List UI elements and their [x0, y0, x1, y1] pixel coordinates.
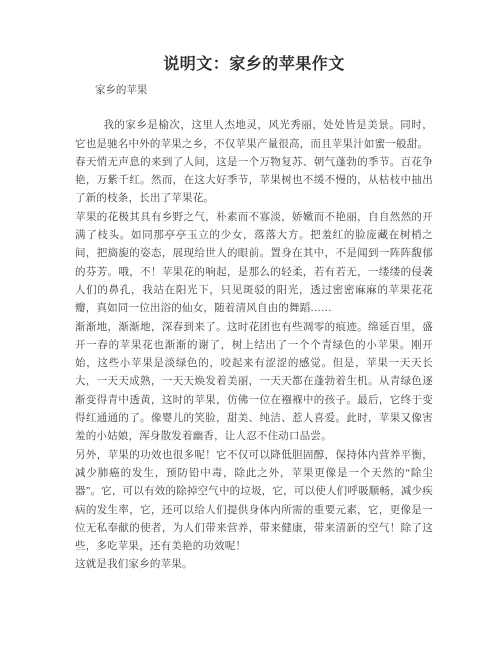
- paragraph-closing: 这就是我们家乡的苹果。: [75, 556, 433, 574]
- document-subtitle: 家乡的苹果: [75, 82, 433, 100]
- paragraph-growth: 渐渐地，渐渐地，深春到来了。这时花团也有些凋零的痕迹。绵延百里，盛开一春的苹果花…: [75, 319, 433, 447]
- paragraph-benefits: 另外，苹果的功效也很多呢！它不仅可以降低胆固醇，保持体内营养平衡，减少肺癌的发生…: [75, 447, 433, 557]
- paragraph-blossoms: 苹果的花极其具有乡野之气，朴素而不寡淡，娇嫩而不艳丽，自自然然的开满了枝头。如同…: [75, 209, 433, 319]
- document-title: 说明文：家乡的苹果作文: [75, 54, 433, 76]
- paragraph-spring: 春天悄无声息的来到了人间，这是一个万物复苏、朝气蓬勃的季节。百花争艳，万紫千红。…: [75, 154, 433, 209]
- paragraph-intro: 我的家乡是榆次，这里人杰地灵，风光秀丽，处处皆是美景。同时，它也是驰名中外的苹果…: [75, 117, 433, 154]
- document-page: 说明文：家乡的苹果作文 家乡的苹果 我的家乡是榆次，这里人杰地灵，风光秀丽，处处…: [0, 0, 500, 647]
